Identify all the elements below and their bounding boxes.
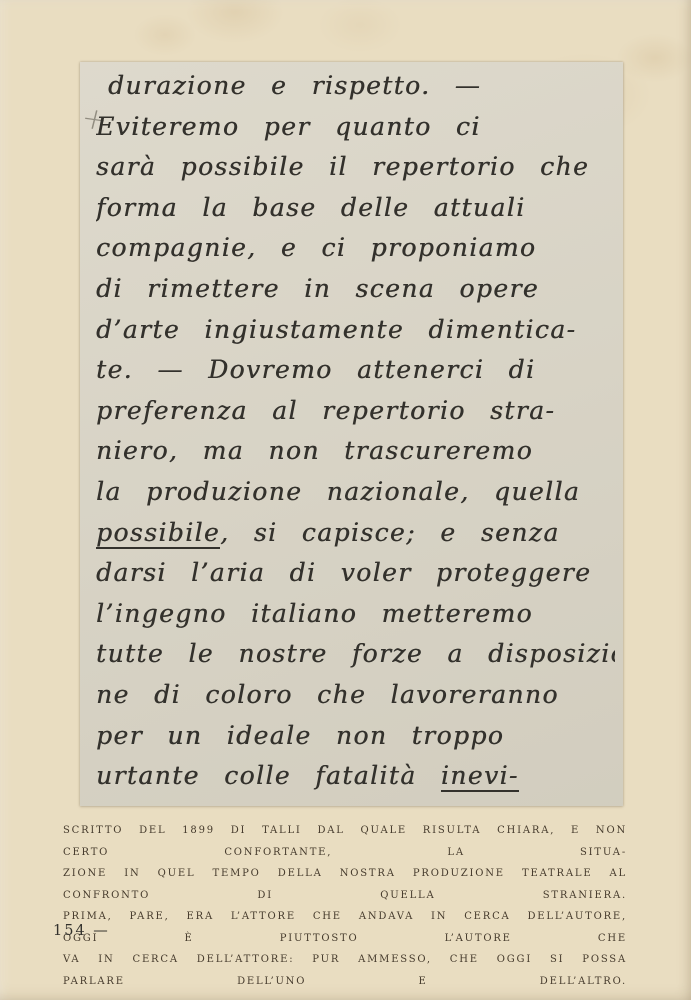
manuscript-line: forma la base delle attuali [96, 188, 615, 229]
manuscript-line: d’arte ingiustamente dimentica- [96, 310, 615, 351]
manuscript-plate: + durazione e rispetto. —Eviteremo per q… [80, 62, 623, 806]
manuscript-line: di rimettere in scena opere [96, 269, 615, 310]
manuscript-line: la produzione nazionale, quella [96, 472, 615, 513]
page-number: 154 — [53, 923, 110, 939]
manuscript-line: Eviteremo per quanto ci [96, 107, 615, 148]
manuscript-line: per un ideale non troppo [96, 716, 615, 757]
caption: SCRITTO DEL 1899 DI TALLI DAL QUALE RISU… [63, 820, 627, 992]
caption-line: PRIMA, PARE, ERA L’ATTORE CHE ANDAVA IN … [63, 906, 627, 949]
caption-line: ZIONE IN QUEL TEMPO DELLA NOSTRA PRODUZI… [63, 863, 627, 906]
manuscript-line: durazione e rispetto. — [108, 66, 615, 107]
manuscript-line: l’ingegno italiano metteremo [96, 594, 615, 635]
manuscript-line: preferenza al repertorio stra- [96, 391, 615, 432]
caption-line: VA IN CERCA DELL’ATTORE: PUR AMMESSO, CH… [63, 949, 627, 992]
manuscript-line: te. — Dovremo attenerci di [96, 350, 615, 391]
manuscript-line: darsi l’aria di voler proteggere [96, 553, 615, 594]
manuscript-text: durazione e rispetto. —Eviteremo per qua… [96, 66, 615, 806]
manuscript-line: urtante colle fatalità inevi- [96, 756, 615, 797]
book-page: + durazione e rispetto. —Eviteremo per q… [0, 0, 691, 1000]
manuscript-line: ne di coloro che lavoreranno [96, 675, 615, 716]
manuscript-line: compagnie, e ci proponiamo [96, 228, 615, 269]
manuscript-line: niero, ma non trascureremo [96, 431, 615, 472]
manuscript-line: possibile, si capisce; e senza [96, 513, 615, 554]
manuscript-line: sarà possibile il repertorio che [96, 147, 615, 188]
caption-line: SCRITTO DEL 1899 DI TALLI DAL QUALE RISU… [63, 820, 627, 863]
manuscript-line: tutte le nostre forze a disposizio- [96, 634, 615, 675]
